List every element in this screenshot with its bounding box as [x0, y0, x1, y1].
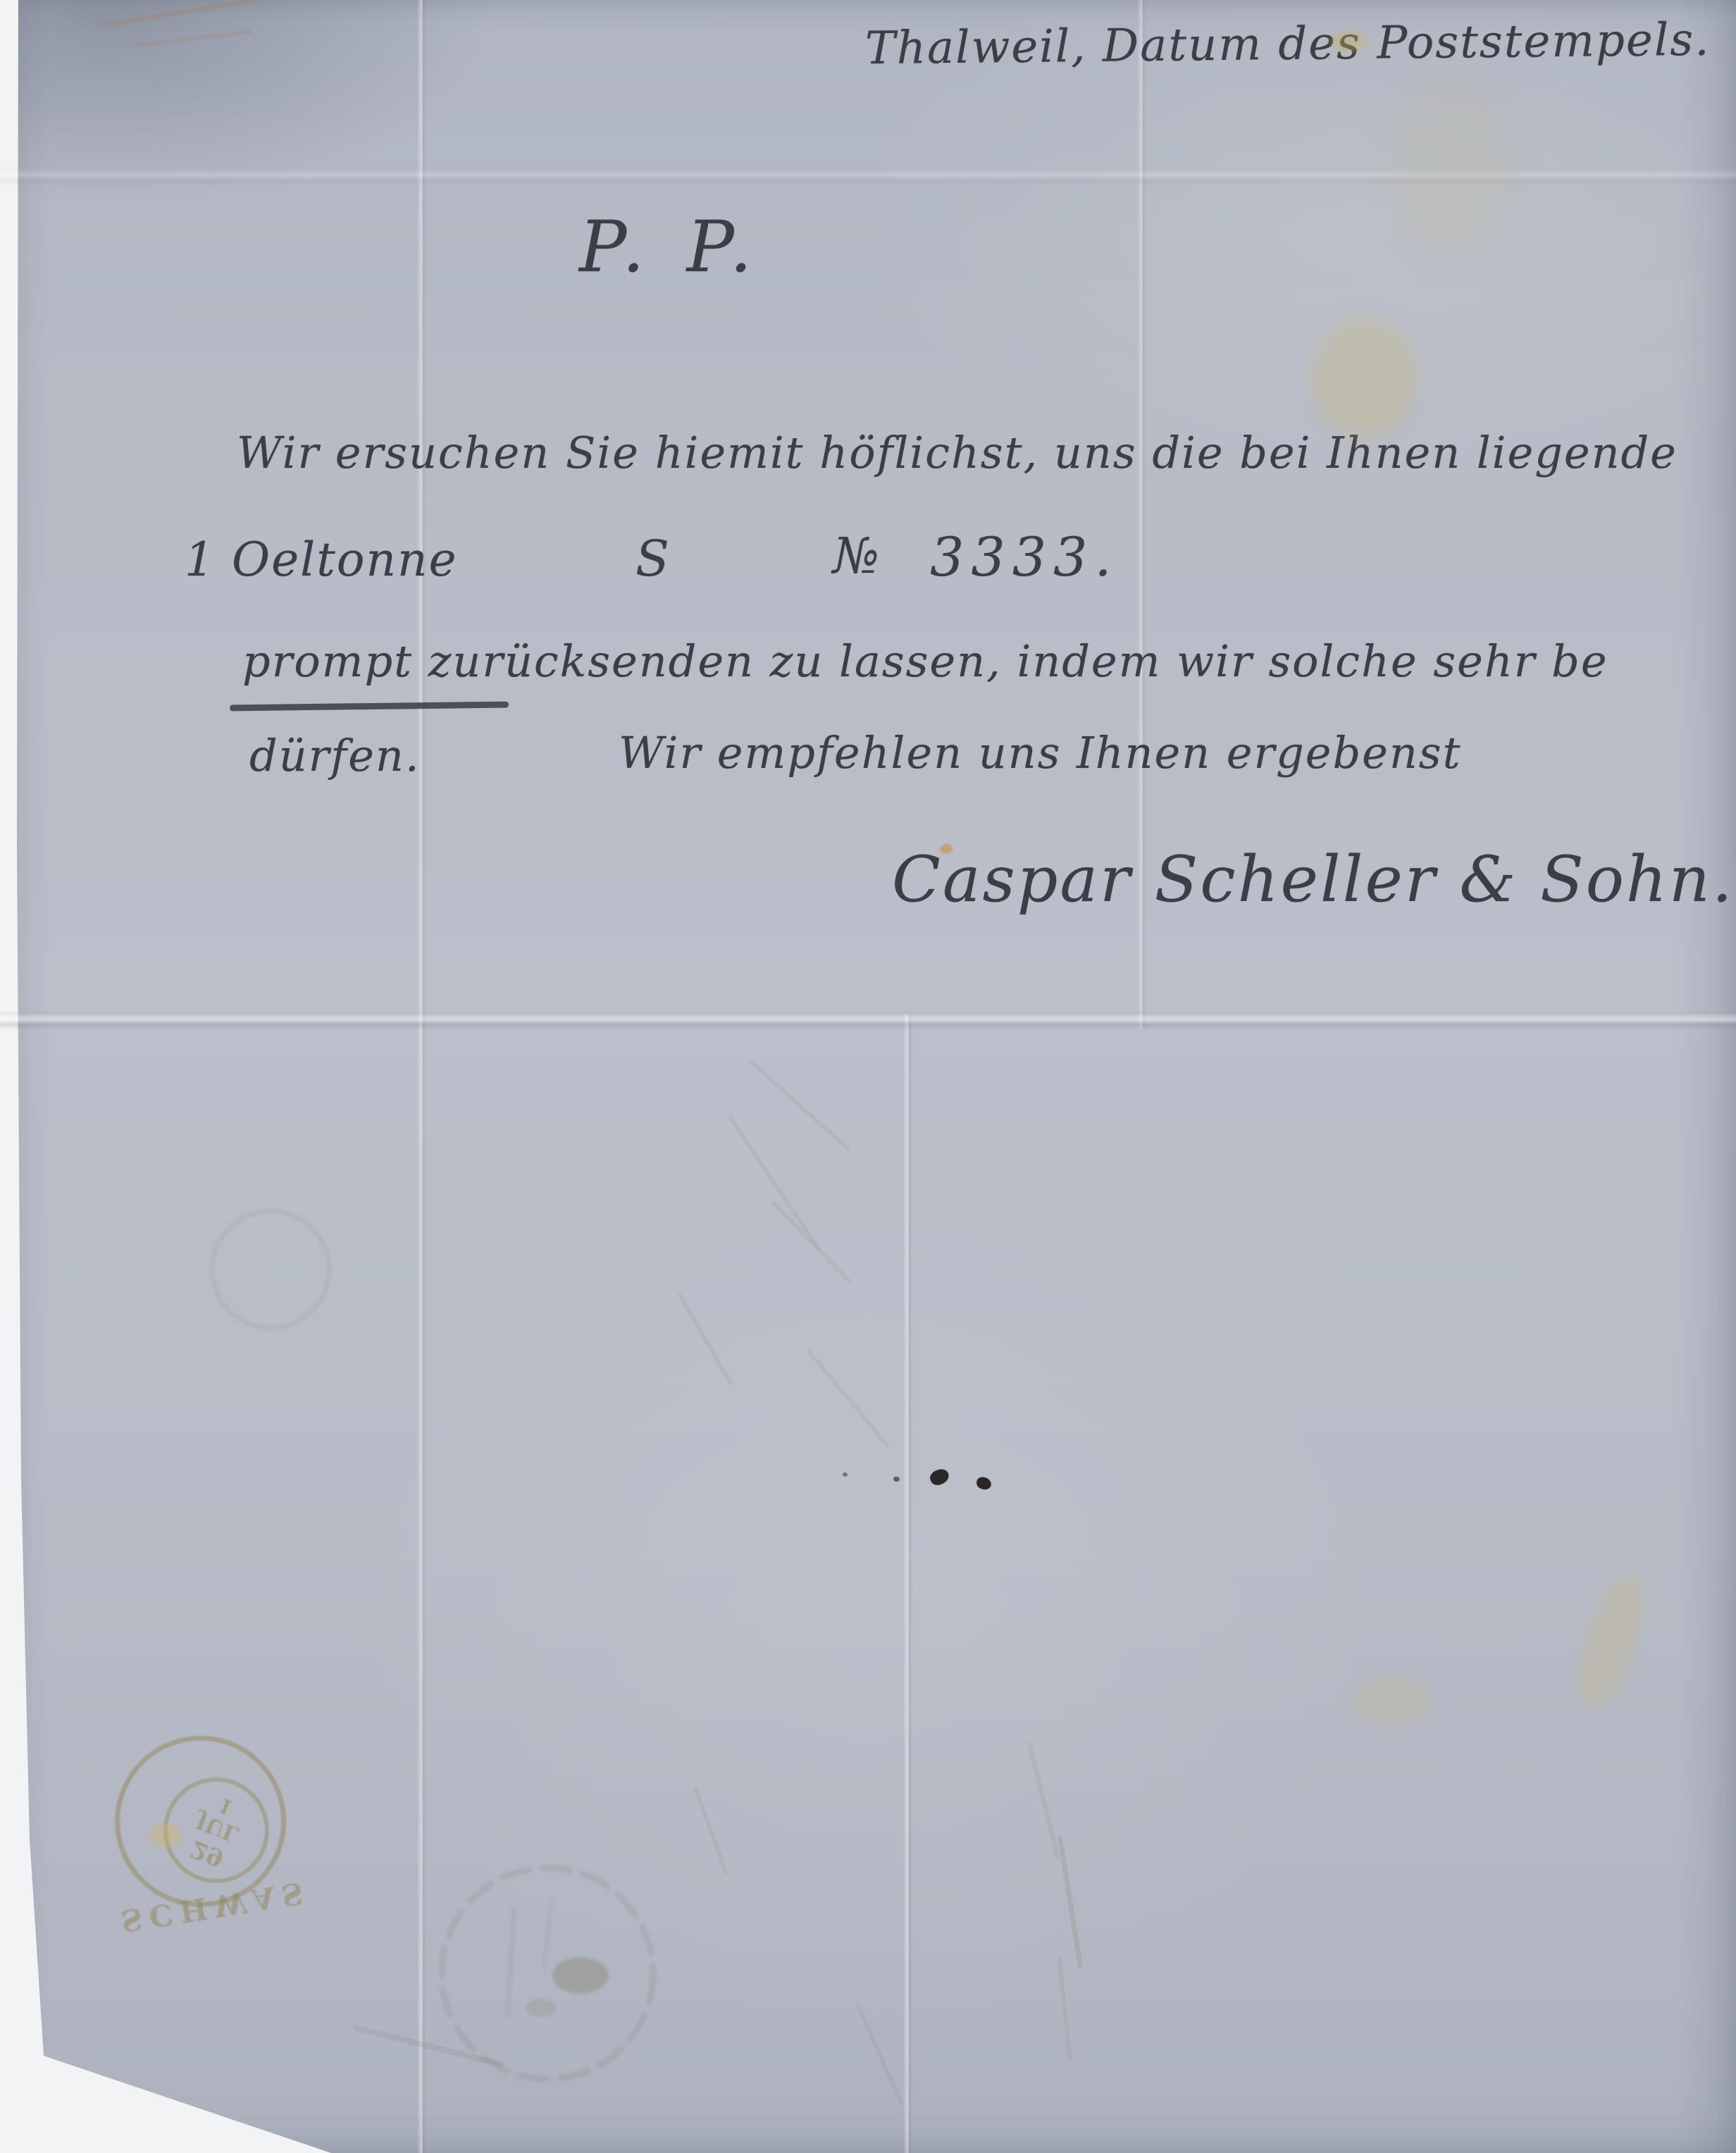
postmark-mirrored-datestamp: 29 JUL 1 SCHWAS: [89, 1710, 323, 1944]
ink-speck: [843, 1472, 848, 1477]
ink-speck: [893, 1477, 900, 1482]
body-line-1: Wir ersuchen Sie hiemit höflichst, uns d…: [237, 427, 1678, 478]
signature-caspar-scheller-sohn: Caspar Scheller & Sohn.: [892, 843, 1734, 917]
consignment-number: 3333.: [930, 526, 1119, 588]
postmark-hour: 1: [215, 1793, 236, 1820]
postmark-ghost-circle: [210, 1209, 331, 1330]
underlined-word-prompt: prompt: [242, 635, 413, 687]
body-line-4-left: dürfen.: [249, 730, 421, 781]
salutation: P. P.: [579, 206, 762, 288]
consignment-quantity: 1 Oeltonne: [185, 533, 458, 587]
consignment-number-label: №: [833, 527, 881, 585]
body-line-3: prompt zurücksenden zu lassen, indem wir…: [242, 635, 1608, 687]
consignment-mark: S: [635, 530, 671, 588]
letterhead-place-date-line: Thalweil, Datum des Poststempels.: [865, 14, 1711, 75]
scanned-letter-page: Thalweil, Datum des Poststempels. P. P. …: [0, 0, 1736, 2153]
body-line-3-rest: zurücksenden zu lassen, indem wir solche…: [413, 635, 1608, 687]
postmark-faint-datestamp: [431, 1857, 664, 2090]
body-line-4-right: Wir empfehlen uns Ihnen ergebenst: [619, 727, 1462, 778]
